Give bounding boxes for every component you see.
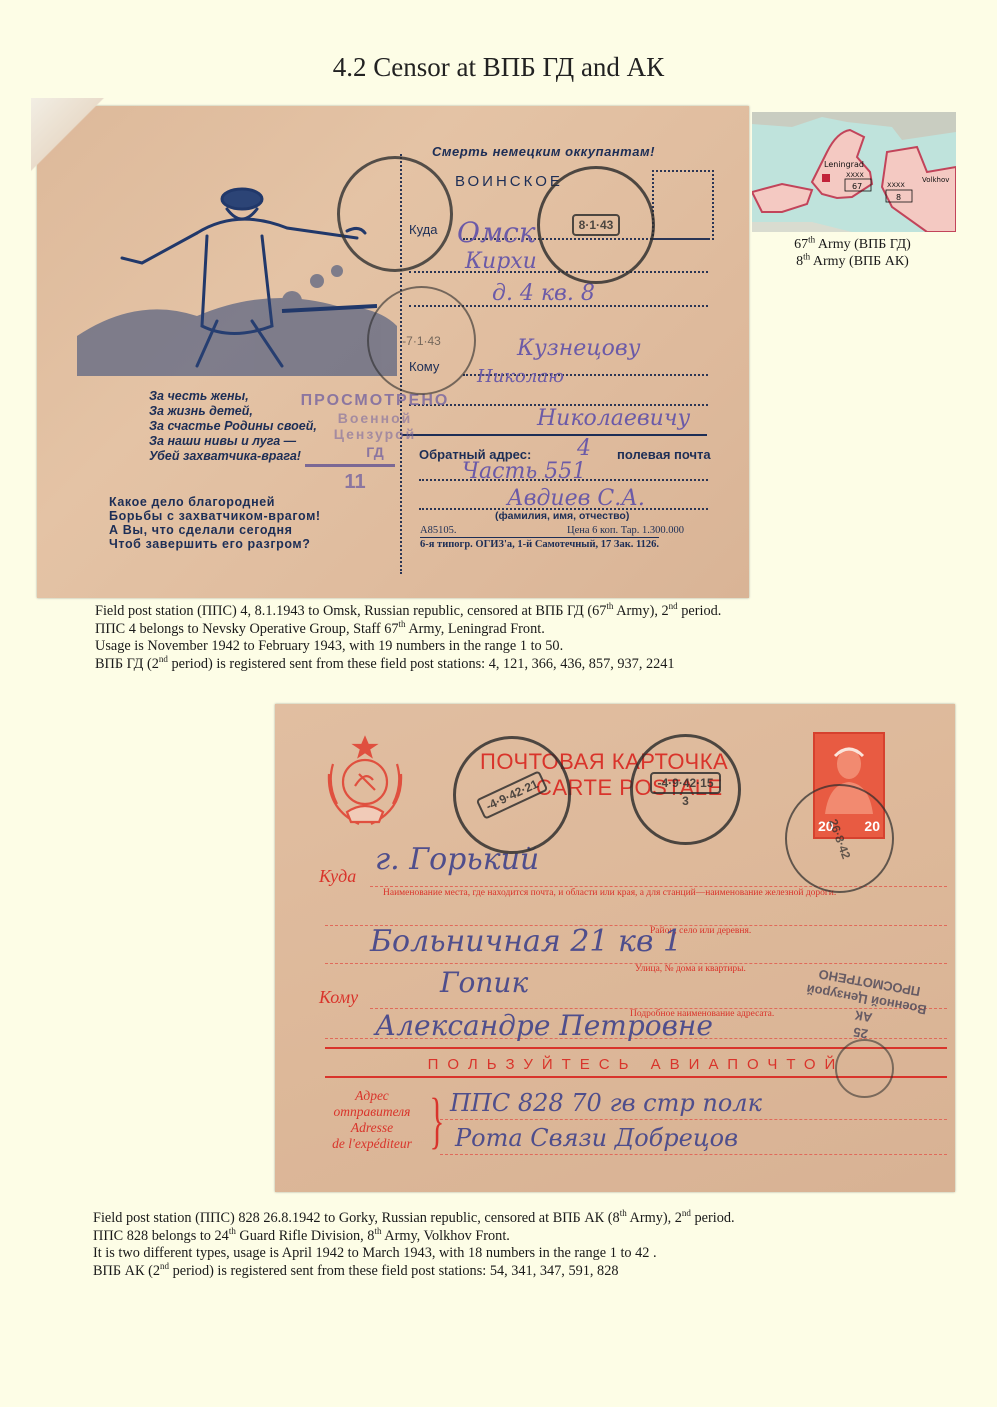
description-line: Field post station (ППС) 4, 8.1.1943 to … [95,603,721,621]
brace: } [429,1090,444,1152]
caption-8th-army: 8th Army (ВПБ АК) [760,253,945,270]
description-1: Field post station (ППС) 4, 8.1.1943 to … [95,603,721,673]
page-title: 4.2 Censor at ВПБ ГД and АК [0,52,997,83]
handwritten-name: Александре Петровне [375,1009,713,1042]
postmark [835,1039,894,1098]
army-symbol: XXXX [887,181,905,189]
handwritten-sender: Авдиев С.А. [507,486,645,511]
poem-line: А Вы, что сделали сегодня [109,523,321,537]
caption-text: Army (ВПБ ГД) [815,237,911,252]
censor-stamp-gd: ПРОСМОТРЕНО Военной Цензурой ГД 11 [295,392,455,494]
postcard-2: ПОЧТОВАЯ КАРТОЧКА CARTE POSTALE 20 20 Ку… [275,704,955,1192]
whom-label: Кому [319,987,358,1008]
description-line: ППС 828 belongs to 24th Guard Rifle Divi… [93,1228,735,1246]
sender-label-line: Адрес [323,1088,421,1104]
handwritten-name: Кузнецову [517,336,640,361]
handwritten-sender: ППС 828 70 гв стр полк [450,1089,762,1117]
address-line [440,1154,947,1155]
postmark: 8·1·43 [537,166,655,284]
poem: За честь жены, За жизнь детей, За счасть… [149,389,317,464]
censor-code: ГД [295,444,455,460]
poem-question: Какое дело благородней Борьбы с захватчи… [109,495,321,551]
sender-label-line: отправителя [323,1104,421,1120]
handwritten-sender: Рота Связи Добрецов [455,1124,738,1152]
poem-line: Какое дело благородней [109,495,321,509]
censor-line: Военной Цензурой [295,410,455,442]
poem-line: За наши нивы и луга — [149,434,317,449]
field-post-label: полевая почта [617,447,711,462]
map-graphic: Leningrad XXXX 67 XXXX 8 Volkhov [752,112,956,232]
soviet-emblem-icon [317,734,413,834]
military-label: ВОИНСКОЕ [455,173,563,190]
handwritten-name: Гопик [440,966,528,999]
caption-67th-army: 67th Army (ВПБ ГД) [760,236,945,253]
handwritten-name: Николаю [477,366,564,387]
sender-label-line: de l'expéditeur [323,1136,421,1152]
caption-num: 67 [794,237,808,252]
postmark-date: 8·1·43 [572,214,621,236]
postmark: 26·8·42 [785,784,894,893]
postmark-date: -7·1·43 [397,332,446,350]
handwritten-name: Николаевичу [537,406,690,431]
place-hint: Наименование места, где находится почта,… [383,888,836,898]
description-line: ВПБ АК (2nd period) is registered sent f… [93,1263,735,1281]
handwritten-street: Кирхи [465,249,537,274]
handwritten-house: д. 4 кв. 8 [492,281,595,306]
postmark: -4·9·42·15 3 [630,734,741,845]
name-hint: (фамилия, имя, отчество) [495,510,629,522]
poem-line: Чтоб завершить его разгром? [109,537,321,551]
map-label-volkhov: Volkhov [922,176,949,184]
to-label: Куда [319,866,356,887]
map-caption: 67th Army (ВПБ ГД) 8th Army (ВПБ АК) [760,236,945,270]
sender-address-label: Адрес отправителя Adresse de l'expéditeu… [323,1088,421,1152]
postmark-code: 3 [650,794,720,808]
caption-text: Army (ВПБ АК) [810,254,909,269]
postmark: -4·9·42·21 [453,736,571,854]
poem-line: За счастье Родины своей, [149,419,317,434]
army-symbol: XXXX [846,171,864,179]
description-line: Field post station (ППС) 828 26.8.1942 t… [93,1210,735,1228]
map-label-leningrad: Leningrad [824,160,864,169]
printer-imprint: 6-я типогр. ОГИЗ'а, 1-й Самотечный, 17 З… [420,537,659,550]
description-2: Field post station (ППС) 828 26.8.1942 t… [93,1210,735,1280]
poem-line: Убей захватчика-врага! [149,449,317,464]
censor-line: ПРОСМОТРЕНО [295,392,455,410]
poem-line: За честь жены, [149,389,317,404]
sender-label-line: Adresse [323,1120,421,1136]
poem-line: Борьбы с захватчиком-врагом! [109,509,321,523]
description-line: ВПБ ГД (2nd period) is registered sent f… [95,656,721,674]
print-code: А85105. [420,525,456,536]
street-hint: Улица, № дома и квартиры. [635,964,746,974]
stamp-box [652,170,714,240]
price: Цена 6 коп. Тар. 1.300.000 [567,525,684,536]
front-map: Leningrad XXXX 67 XXXX 8 Volkhov [752,112,956,232]
description-line: ППС 4 belongs to Nevsky Operative Group,… [95,621,721,639]
handwritten-unit: Часть 551 [462,459,586,484]
description-line: Usage is November 1942 to February 1943,… [95,638,721,656]
address-line [440,1119,947,1120]
slogan: Смерть немецким оккупантам! [432,144,655,159]
postmark: -7·1·43 [367,286,476,395]
postmark-date: -4·9·42·21 [476,770,549,820]
postmark-date: 26·8·42 [822,811,856,865]
army-67-marker: 67 [852,182,862,191]
postmark-date: -4·9·42·15 [650,772,720,794]
description-line: It is two different types, usage is Apri… [93,1245,735,1263]
postcard-1: Смерть немецким оккупантам! ВОИНСКОЕ Куд… [37,106,749,598]
censor-bar [305,464,395,467]
handwritten-pps: 4 [577,436,591,461]
censor-number: 11 [255,471,455,494]
army-8-marker: 8 [896,193,901,202]
handwritten-street: Больничная 21 кв 1 [370,924,682,959]
poem-line: За жизнь детей, [149,404,317,419]
handwritten-city: Омск [457,216,536,249]
